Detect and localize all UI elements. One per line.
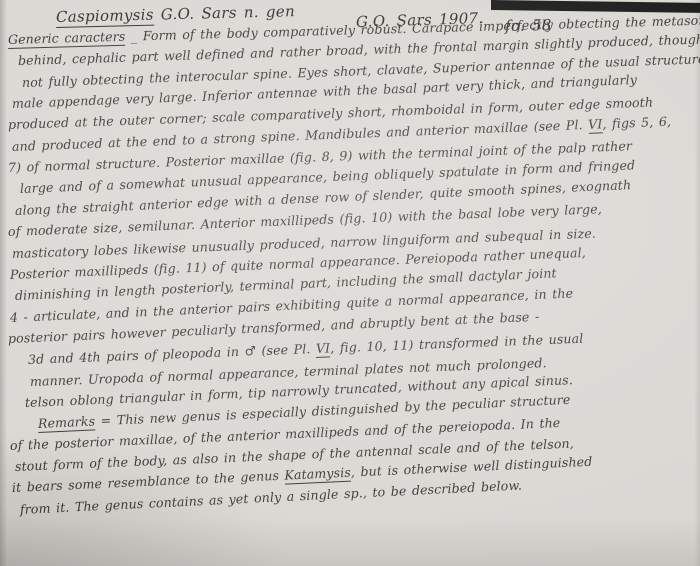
text-segment: , fig. 10, 11) transformed in the usual xyxy=(330,331,584,356)
underlined-term: Remarks xyxy=(38,414,96,434)
underlined-term: VI xyxy=(588,116,603,134)
manuscript-page: Caspiomysis G.O. Sars n. gen G.O. Sars 1… xyxy=(0,0,700,566)
underlined-term: VI xyxy=(316,341,331,359)
text-segment: 3d and 4th pairs of pleopoda in ♂ (see P… xyxy=(28,341,317,367)
manuscript-body: Generic caracters _ Form of the body com… xyxy=(0,0,700,566)
underlined-term: Generic caracters xyxy=(8,29,126,49)
text-segment: , figs 5, 6, xyxy=(602,113,671,131)
underlined-term: Katamysis xyxy=(284,465,351,485)
